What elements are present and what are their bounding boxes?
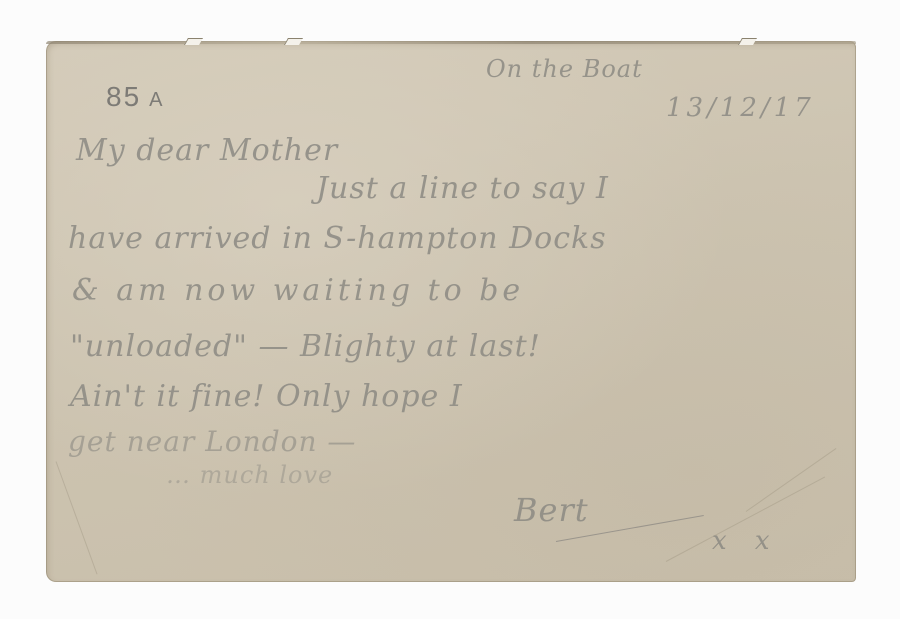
header-location: On the Boat [486,55,643,83]
paper-crease [56,461,98,574]
scan-background: 85A On the Boat 13/12/17 My dear Mother … [0,0,900,619]
postcard: 85A On the Boat 13/12/17 My dear Mother … [46,41,856,582]
body-line-4: "unloaded" — Blighty at last! [70,329,541,364]
body-line-1: Just a line to say I [316,171,609,206]
archive-number: 85A [106,81,165,113]
body-line-5: Ain't it fine! Only hope I [70,379,463,414]
header-date: 13/12/17 [666,93,815,123]
body-line-7: … much love [166,461,333,489]
salutation: My dear Mother [76,133,338,168]
signature: Bert [514,491,589,529]
card-top-edge [46,41,856,44]
paper-crease [746,448,837,512]
body-line-6: get near London — [68,425,356,458]
body-line-3: & am now waiting to be [72,273,524,308]
kisses: x x [712,526,780,556]
body-line-2: have arrived in S-hampton Docks [68,221,607,256]
